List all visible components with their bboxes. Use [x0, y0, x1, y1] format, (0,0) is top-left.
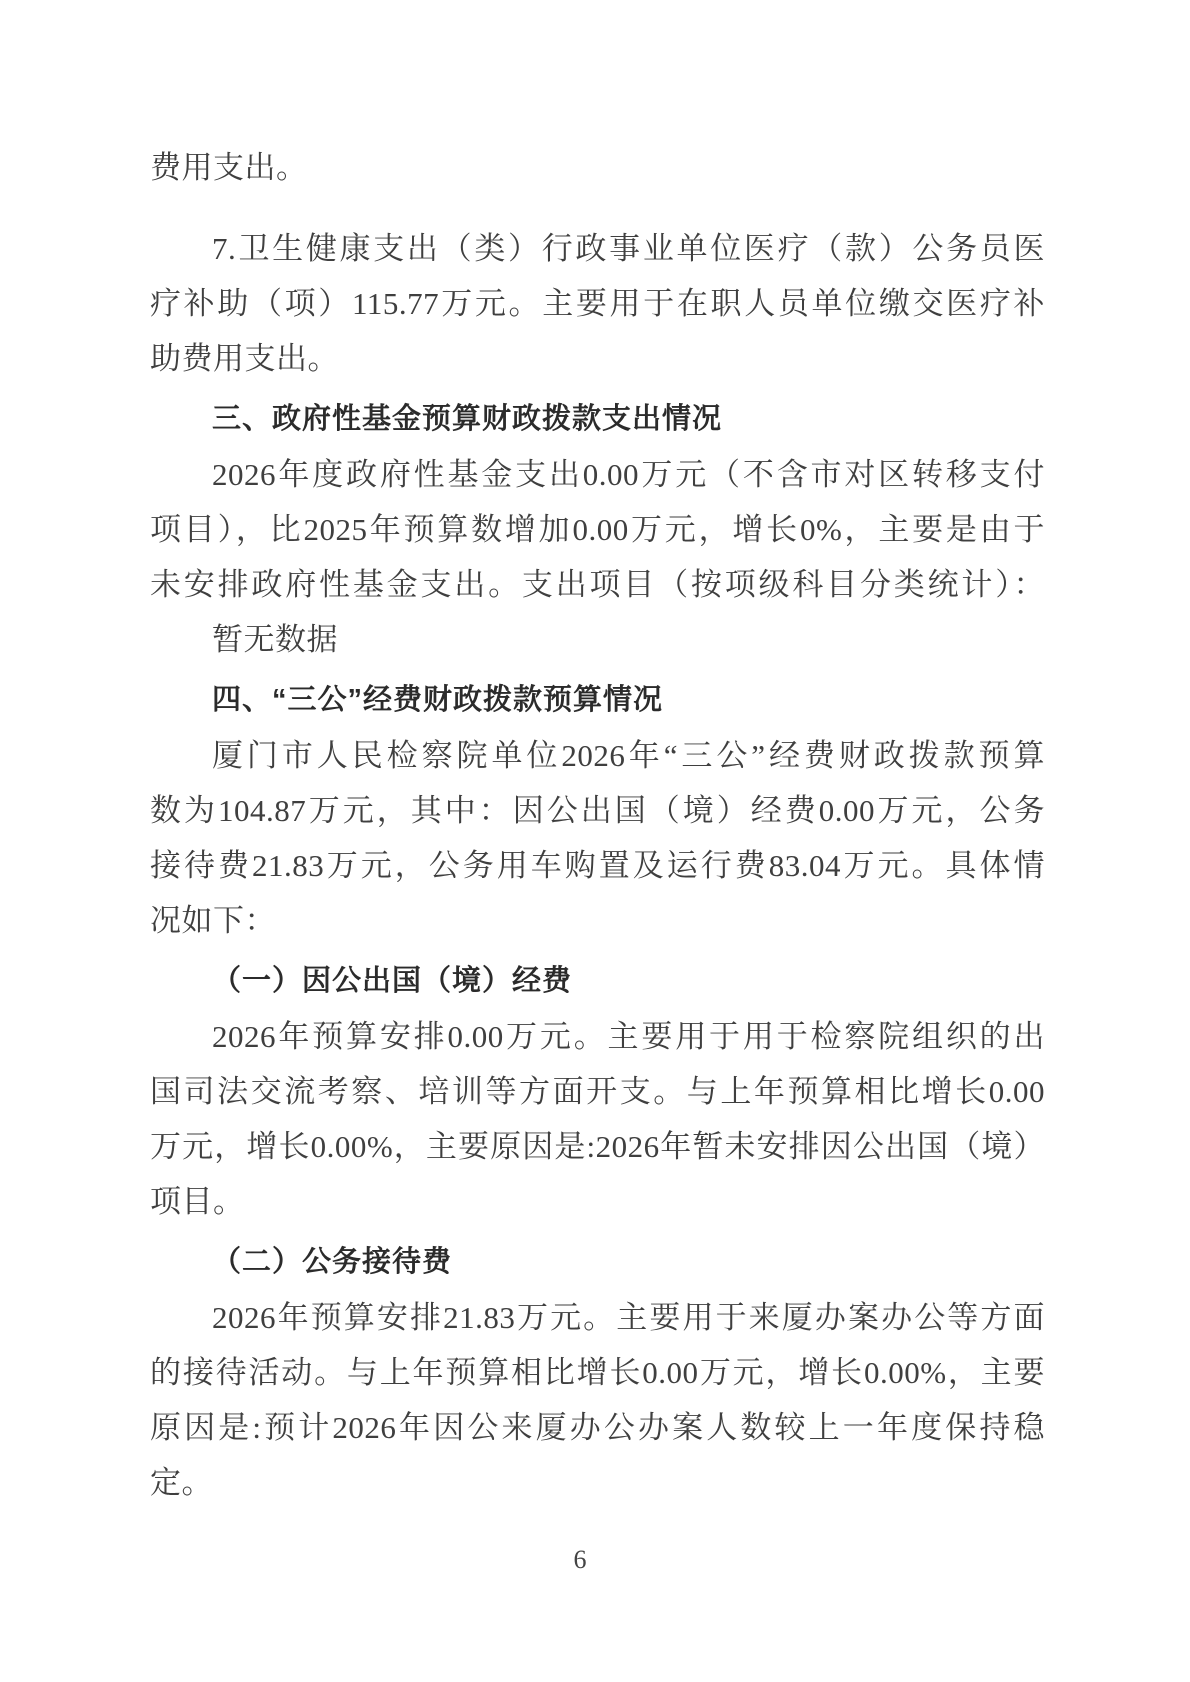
text-line: 项目。	[150, 1174, 1045, 1229]
text-line: 万元，增长0.00%，主要原因是:2026年暂未安排因公出国（境）	[150, 1119, 1045, 1174]
subsection-heading-1: （一）因公出国（境）经费	[150, 954, 1045, 1009]
document-body: 费用支出。 7.卫生健康支出（类）行政事业单位医疗（款）公务员医 疗补助（项）1…	[150, 140, 1045, 1510]
paragraph-gov-fund: 2026年度政府性基金支出0.00万元（不含市对区转移支付 项目），比2025年…	[150, 447, 1045, 612]
section-heading-4: 四、“三公”经费财政拨款预算情况	[150, 673, 1045, 728]
text-line: 暂无数据	[150, 612, 1045, 667]
paragraph-item-7: 7.卫生健康支出（类）行政事业单位医疗（款）公务员医 疗补助（项）115.77万…	[150, 221, 1045, 386]
paragraph-three-public-summary: 厦门市人民检察院单位2026年“三公”经费财政拨款预算 数为104.87万元，其…	[150, 728, 1045, 948]
text-line: 疗补助（项）115.77万元。主要用于在职人员单位缴交医疗补	[150, 276, 1045, 331]
section-heading-3: 三、政府性基金预算财政拨款支出情况	[150, 392, 1045, 447]
text-line: 未安排政府性基金支出。支出项目（按项级科目分类统计）：	[150, 557, 1045, 612]
text-line: 厦门市人民检察院单位2026年“三公”经费财政拨款预算	[150, 728, 1045, 783]
text-line: 的接待活动。与上年预算相比增长0.00万元，增长0.00%，主要	[150, 1345, 1045, 1400]
paragraph-reception-expense: 2026年预算安排21.83万元。主要用于来厦办案办公等方面 的接待活动。与上年…	[150, 1290, 1045, 1510]
paragraph-abroad-expense: 2026年预算安排0.00万元。主要用于用于检察院组织的出 国司法交流考察、培训…	[150, 1009, 1045, 1229]
text-line: 2026年预算安排21.83万元。主要用于来厦办案办公等方面	[150, 1290, 1045, 1345]
text-line: 数为104.87万元，其中：因公出国（境）经费0.00万元，公务	[150, 783, 1045, 838]
no-data-note: 暂无数据	[150, 612, 1045, 667]
text-line: 接待费21.83万元，公务用车购置及运行费83.04万元。具体情	[150, 838, 1045, 893]
page-number: 6	[0, 1540, 1160, 1580]
text-line: 项目），比2025年预算数增加0.00万元，增长0%，主要是由于	[150, 502, 1045, 557]
text-line: 7.卫生健康支出（类）行政事业单位医疗（款）公务员医	[150, 221, 1045, 276]
text-line: 2026年度政府性基金支出0.00万元（不含市对区转移支付	[150, 447, 1045, 502]
text-line: 况如下：	[150, 893, 1045, 948]
paragraph-continuation: 费用支出。	[150, 140, 1045, 195]
text-line: 国司法交流考察、培训等方面开支。与上年预算相比增长0.00	[150, 1064, 1045, 1119]
document-page: 费用支出。 7.卫生健康支出（类）行政事业单位医疗（款）公务员医 疗补助（项）1…	[0, 0, 1190, 1682]
text-line: 定。	[150, 1455, 1045, 1510]
text-line: 助费用支出。	[150, 331, 1045, 386]
text-line: 2026年预算安排0.00万元。主要用于用于检察院组织的出	[150, 1009, 1045, 1064]
subsection-heading-2: （二）公务接待费	[150, 1235, 1045, 1290]
text-line: 费用支出。	[150, 140, 1045, 195]
text-line: 原因是:预计2026年因公来厦办公办案人数较上一年度保持稳	[150, 1400, 1045, 1455]
